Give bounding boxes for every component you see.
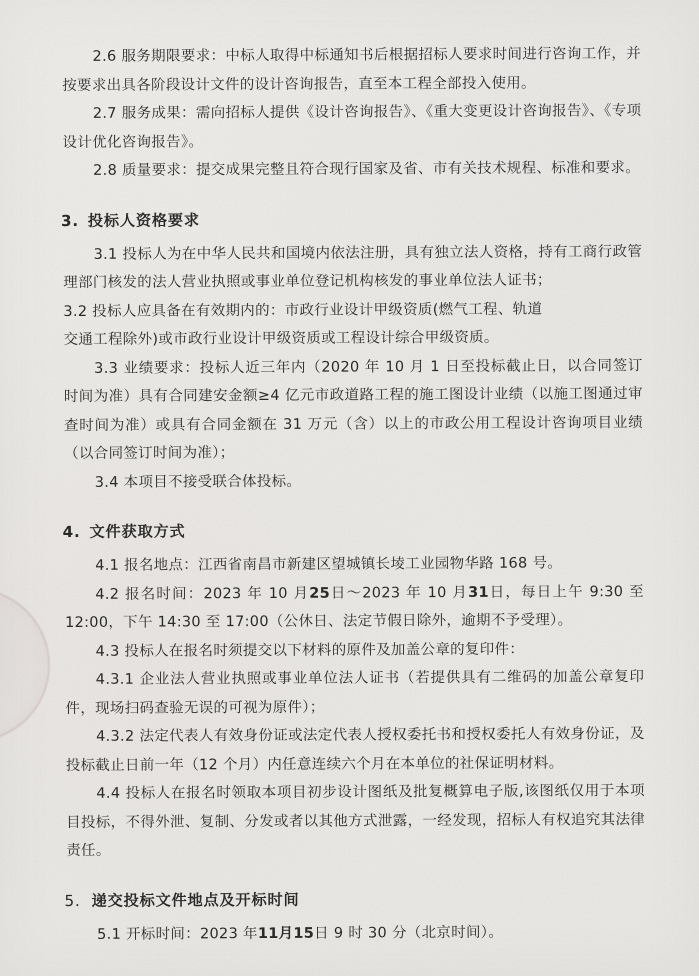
clause-2-7-deliverables: 2.7 服务成果：需向招标人提供《设计咨询报告》、《重大变更设计咨询报告》、《专… — [62, 97, 641, 157]
clause-4-3-2-id-social-security: 4.3.2 法定代表人有效身份证或法定代表人授权委托书和授权委托人有效身份证，及… — [66, 720, 645, 780]
clause-4-2-text-1: 4.2 报名时间：2023 年 10 月 — [95, 585, 309, 602]
clause-4-2-registration-time: 4.2 报名时间：2023 年 10 月25日～2023 年 10 月31日，每… — [65, 577, 644, 637]
clause-5-1-text-1: 5.1 开标时间：2023 年 — [97, 926, 258, 943]
section-3-heading: 3.投标人资格要求 — [61, 203, 642, 234]
section-3-number: 3. — [61, 211, 79, 229]
clause-4-2-bold-day-25: 25 — [309, 585, 330, 601]
clause-4-3-1-license: 4.3.1 企业法人营业执照或事业单位法人证书（若提供具有二维码的加盖公章复印件… — [65, 663, 644, 723]
clause-3-4-no-consortium: 3.4 本项目不接受联合体投标。 — [64, 465, 643, 497]
section-4-heading: 4.文件获取方式 — [62, 515, 643, 546]
clause-5-1-text-2: 日 9 时 30 分（北京时间）。 — [314, 924, 503, 941]
section-4-title: 文件获取方式 — [89, 522, 185, 541]
clause-4-3-materials: 4.3 投标人在报名时须提交以下材料的原件及加盖公章的复印件： — [65, 634, 644, 666]
clause-3-3-performance: 3.3 业绩要求：投标人近三年内（2020 年 10 月 1 日至投标截止日，以… — [64, 351, 644, 468]
clause-5-1-bold-date: 11月15 — [258, 925, 314, 941]
section-4-number: 4. — [63, 523, 81, 541]
clause-2-8-quality: 2.8 质量要求：提交成果完整且符合现行国家及省、市有关技术规程、标准和要求。 — [63, 154, 642, 186]
faint-round-stamp — [0, 588, 50, 742]
section-5-heading: 5.递交投标文件地点及开标时间 — [64, 883, 645, 914]
clause-4-2-bold-day-31: 31 — [468, 584, 489, 600]
document-text-block: 2.6 服务期限要求：中标人取得中标通知书后根据招标人要求时间进行咨询工作，并按… — [62, 40, 646, 949]
clause-3-2-qualification-line2: 交通工程除外)或市政行业设计甲级资质或工程设计综合甲级资质。 — [63, 323, 642, 355]
clause-2-6-service-period: 2.6 服务期限要求：中标人取得中标通知书后根据招标人要求时间进行咨询工作，并按… — [62, 40, 641, 100]
clause-3-2-qualification-line1: 3.2 投标人应具备在有效期内的：市政行业设计甲级资质(燃气工程、轨道 — [63, 294, 642, 326]
clause-4-1-registration-place: 4.1 报名地点：江西省南昌市新建区望城镇长堎工业园物华路 168 号。 — [65, 549, 644, 581]
scanned-document-page: 2.6 服务期限要求：中标人取得中标通知书后根据招标人要求时间进行咨询工作，并按… — [0, 0, 699, 976]
clause-3-1-registration: 3.1 投标人为在中华人民共和国境内依法注册，具有独立法人资格，持有工商行政管理… — [63, 237, 642, 297]
section-3-title: 投标人资格要求 — [88, 211, 200, 230]
clause-5-1-opening-time: 5.1 开标时间：2023 年11月15日 9 时 30 分（北京时间）。 — [67, 917, 646, 949]
clause-4-2-text-2: 日～2023 年 10 月 — [330, 584, 468, 601]
section-5-number: 5. — [64, 891, 80, 909]
section-5-title: 递交投标文件地点及开标时间 — [92, 890, 300, 909]
clause-4-4-drawings: 4.4 投标人在报名时领取本项目初步设计图纸及批复概算电子版,该图纸仅用于本项目… — [66, 777, 645, 866]
